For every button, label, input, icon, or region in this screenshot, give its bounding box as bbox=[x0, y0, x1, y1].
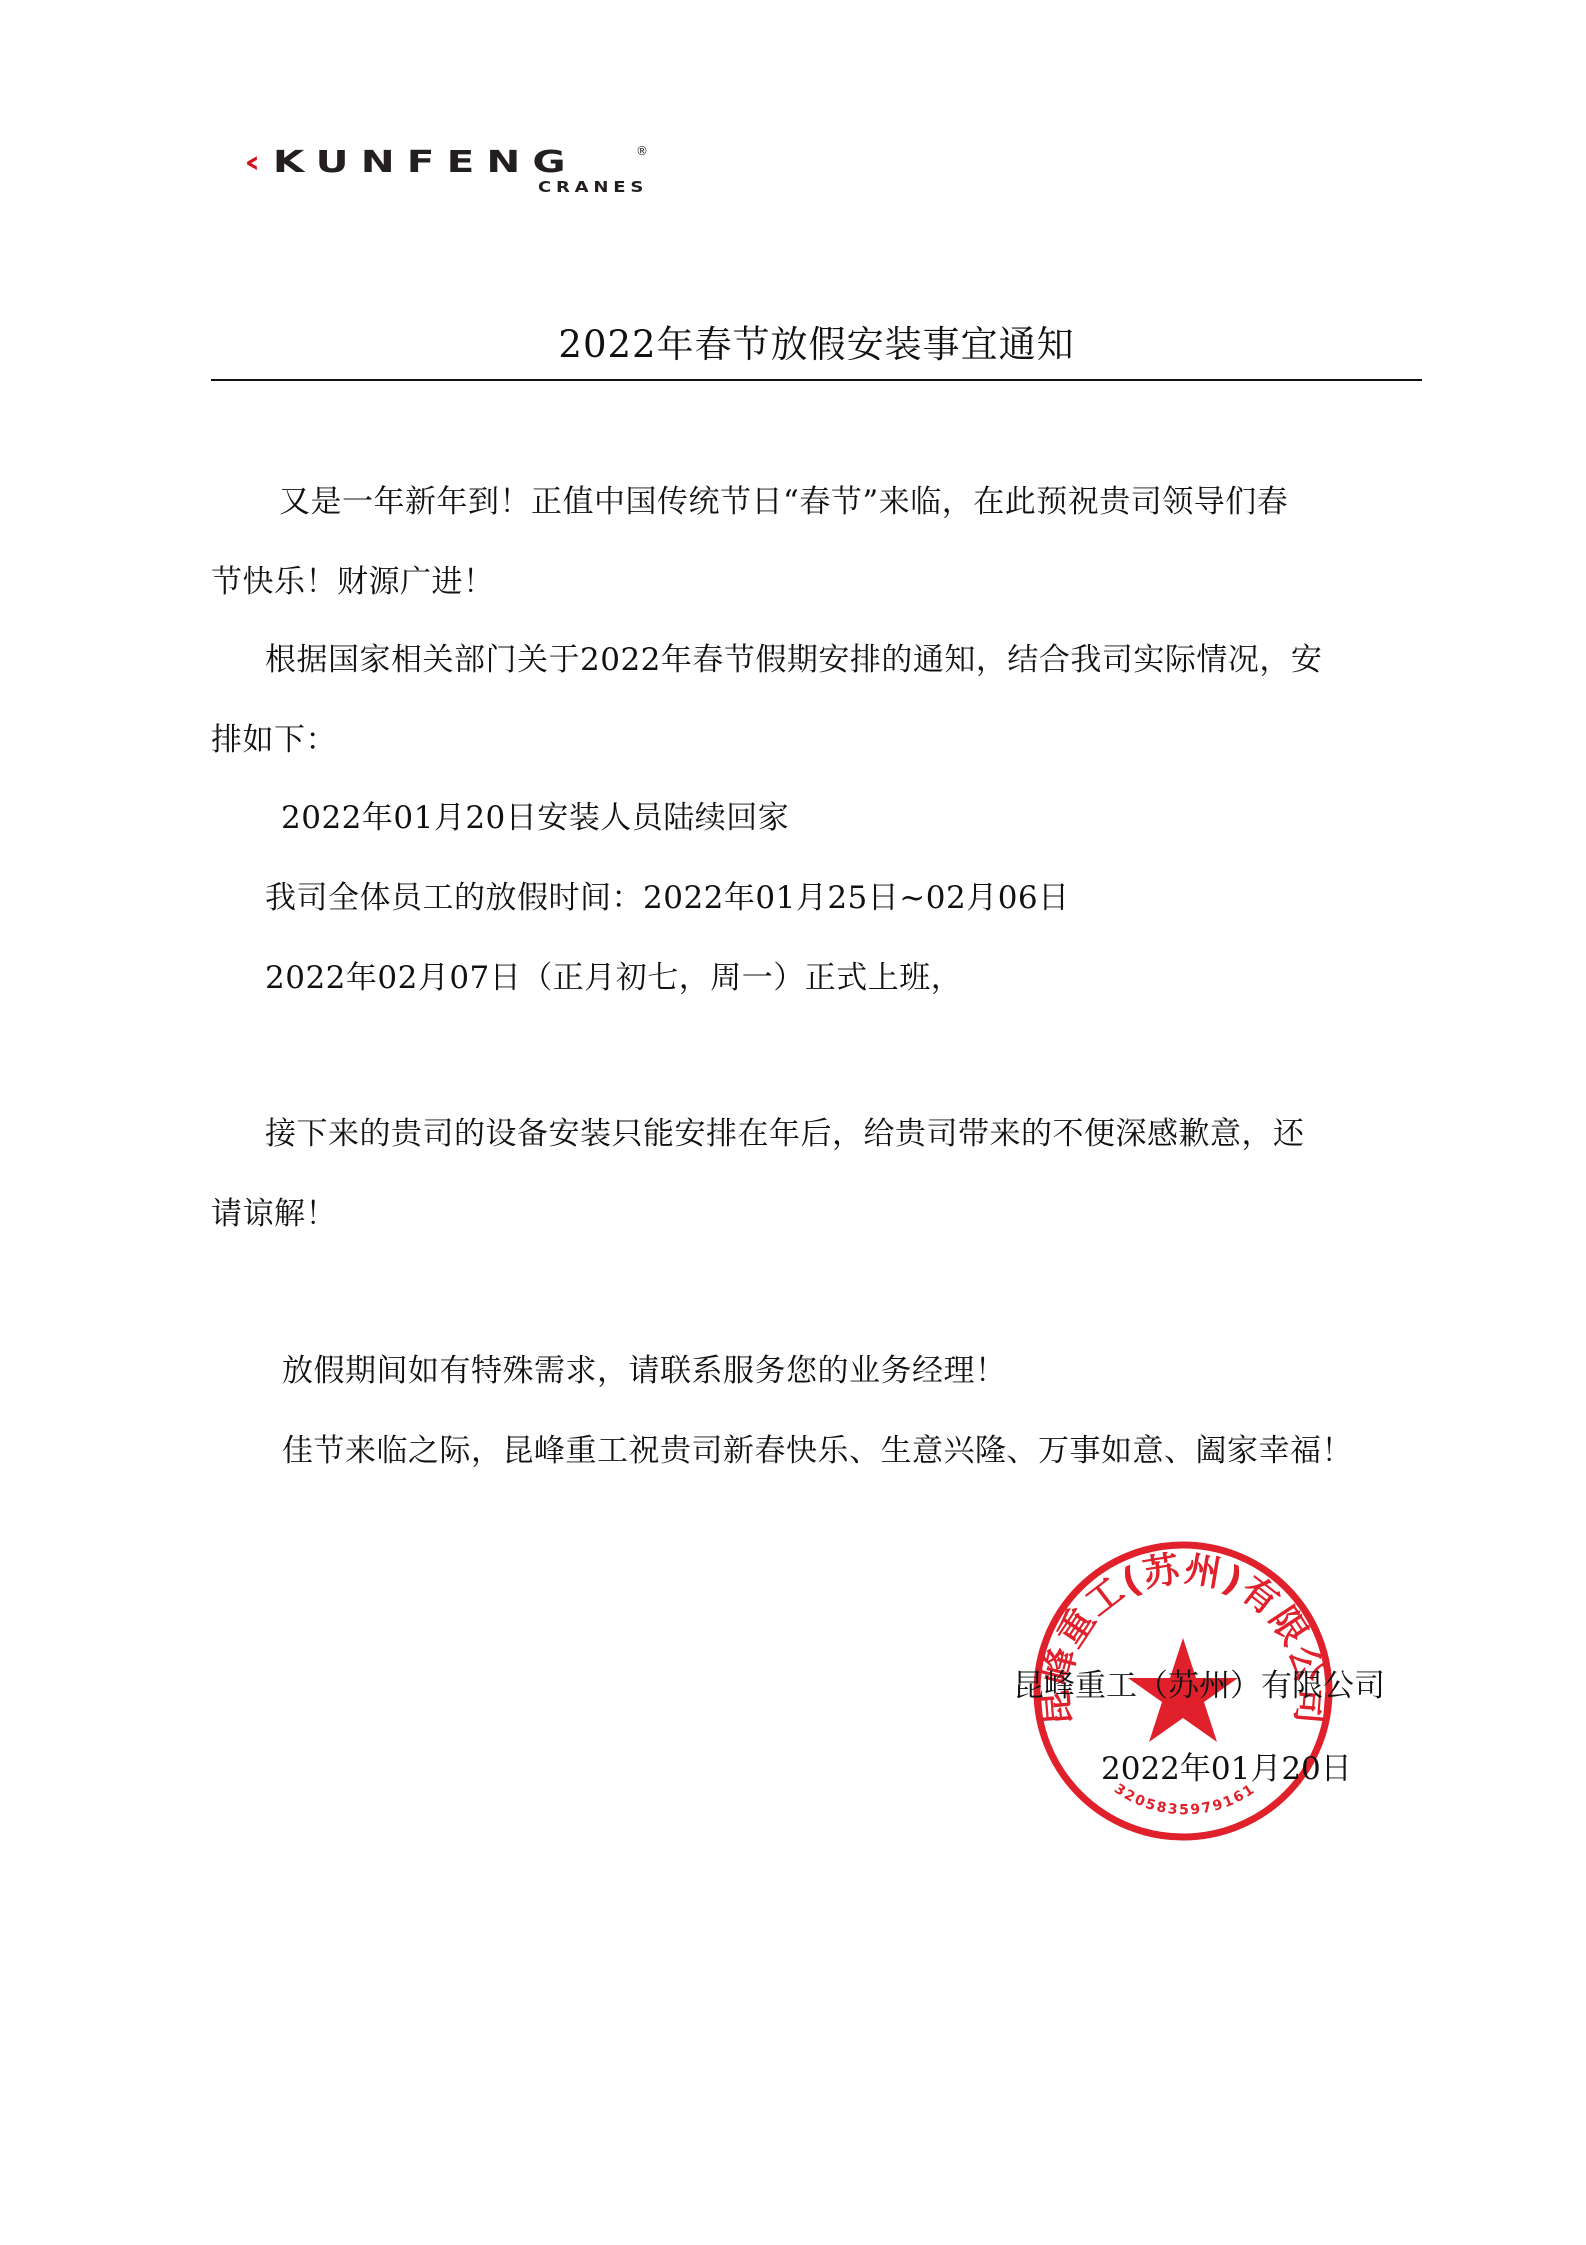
paragraph-line: 我司全体员工的放假时间：2022年01月25日~02月06日 bbox=[265, 878, 1070, 918]
paragraph-line: 2022年02月07日（正月初七，周一）正式上班， bbox=[265, 958, 962, 998]
paragraph-line: 2022年01月20日安装人员陆续回家 bbox=[281, 798, 789, 838]
signature-date: 2022年01月20日 bbox=[1101, 1749, 1352, 1789]
title-divider bbox=[211, 379, 1422, 381]
paragraph-line: 排如下： bbox=[211, 720, 337, 760]
logo-wordmark: ‹KUNFENG bbox=[244, 148, 578, 178]
paragraph-line: 接下来的贵司的设备安装只能安排在年后，给贵司带来的不便深感歉意，还 bbox=[265, 1114, 1305, 1154]
registered-mark: ® bbox=[636, 144, 648, 158]
signature-company: 昆峰重工（苏州）有限公司 bbox=[1013, 1666, 1385, 1706]
paragraph-line: 节快乐！财源广进！ bbox=[211, 562, 495, 602]
logo-accent-mark: ‹ bbox=[244, 145, 273, 180]
paragraph-line: 佳节来临之际，昆峰重工祝贵司新春快乐、生意兴隆、万事如意、阖家幸福！ bbox=[282, 1431, 1353, 1471]
document-title: 2022年春节放假安装事宜通知 bbox=[211, 322, 1422, 368]
paragraph-line: 放假期间如有特殊需求，请联系服务您的业务经理！ bbox=[282, 1351, 1007, 1391]
paragraph-line: 又是一年新年到！正值中国传统节日“春节”来临，在此预祝贵司领导们春 bbox=[279, 482, 1288, 522]
logo-subtitle: CRANES bbox=[538, 180, 648, 195]
paragraph-line: 请谅解！ bbox=[211, 1194, 337, 1234]
logo-brand-text: KUNFENG bbox=[273, 145, 578, 180]
company-logo: ‹KUNFENG ® CRANES bbox=[244, 148, 664, 208]
paragraph-line: 根据国家相关部门关于2022年春节假期安排的通知，结合我司实际情况，安 bbox=[265, 640, 1322, 680]
